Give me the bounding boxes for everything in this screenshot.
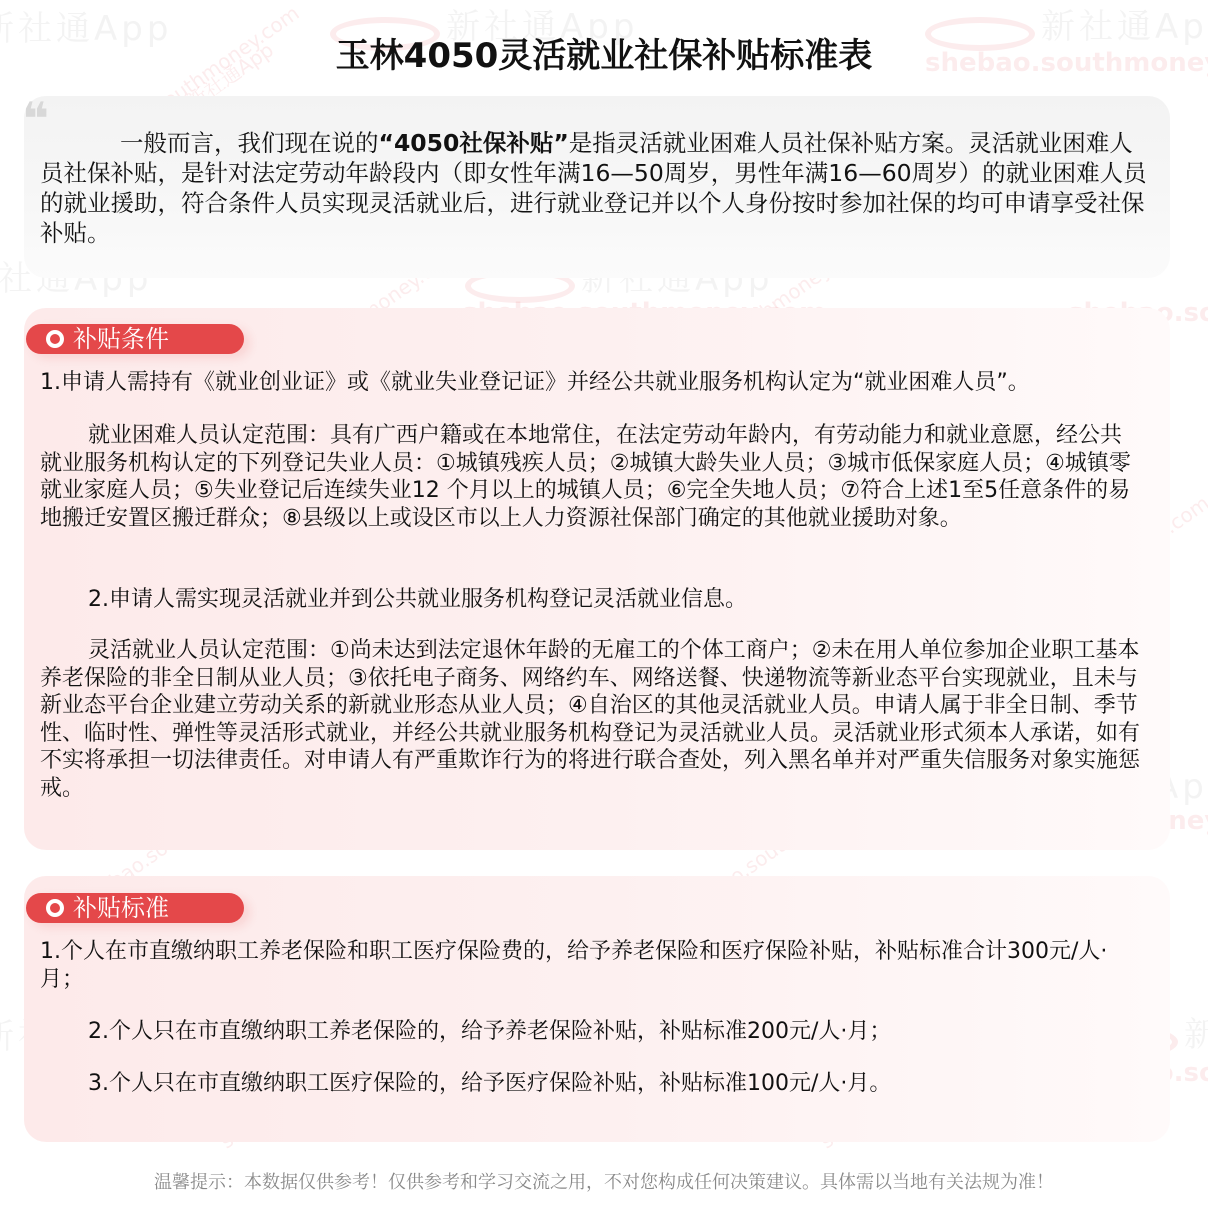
page-title: 玉林4050灵活就业社保补贴标准表 (0, 28, 1208, 77)
standard-paragraph: 2.个人只在市直缴纳职工养老保险的，给予养老保险补贴，补贴标准200元/人·月； (40, 1018, 1140, 1046)
circle-icon (46, 330, 64, 348)
condition-paragraph: 2.申请人需实现灵活就业并到公共就业服务机构登记灵活就业信息。 (40, 586, 1140, 614)
circle-icon (46, 899, 64, 917)
intro-highlight: “4050社保补贴” (379, 129, 569, 157)
standard-paragraph: 1.个人在市直缴纳职工养老保险和职工医疗保险费的，给予养老保险和医疗保险补贴，补… (40, 938, 1140, 993)
condition-paragraph: 就业困难人员认定范围：具有广西户籍或在本地常住，在法定劳动年龄内，有劳动能力和就… (40, 422, 1140, 532)
section-badge-label: 补贴标准 (73, 893, 169, 923)
section-badge-conditions: 补贴条件 (26, 324, 244, 354)
standard-paragraph: 3.个人只在市直缴纳职工医疗保险的，给予医疗保险补贴，补贴标准100元/人·月。 (40, 1070, 1140, 1098)
intro-prefix: 一般而言，我们现在说的 (120, 129, 379, 157)
disclaimer-footer: 温馨提示：本数据仅供参考！仅供参考和学习交流之用，不对您构成任何决策建议。具体需… (0, 1168, 1208, 1194)
condition-paragraph: 1.申请人需持有《就业创业证》或《就业失业登记证》并经公共就业服务机构认定为“就… (40, 369, 1140, 397)
condition-paragraph: 灵活就业人员认定范围：①尚未达到法定退休年龄的无雇工的个体工商户；②未在用人单位… (40, 637, 1140, 802)
intro-paragraph: 一般而言，我们现在说的“4050社保补贴”是指灵活就业困难人员社保补贴方案。灵活… (40, 128, 1152, 248)
section-badge-label: 补贴条件 (73, 324, 169, 354)
section-badge-standards: 补贴标准 (26, 893, 244, 923)
